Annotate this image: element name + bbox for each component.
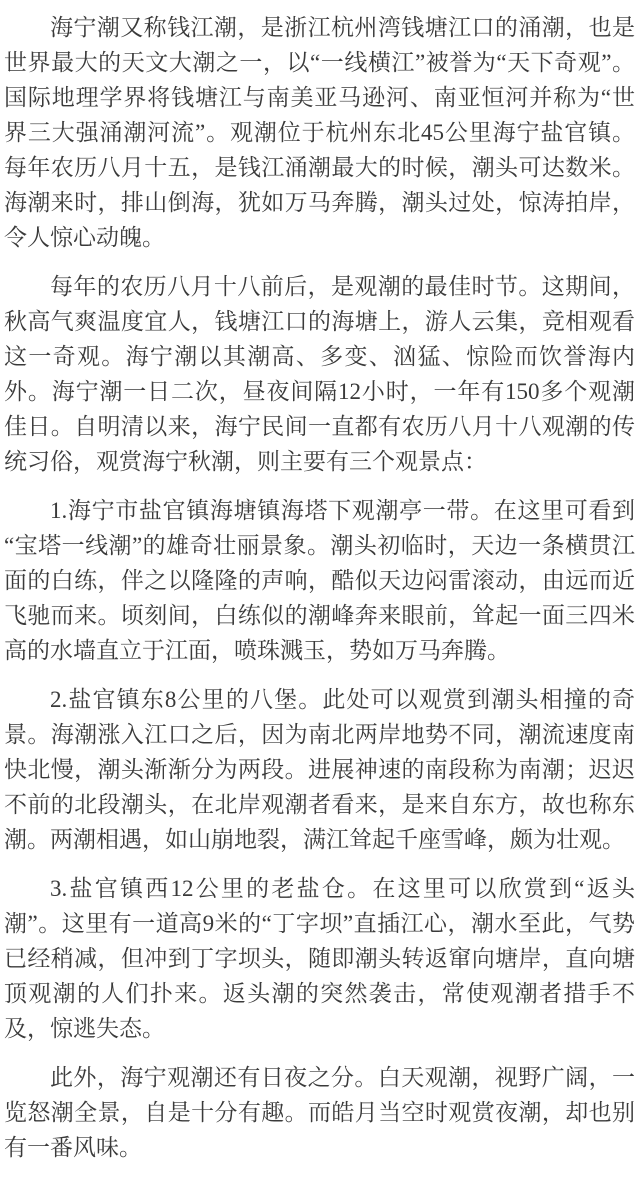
paragraph-viewpoint-3: 3.盐官镇西12公里的老盐仓。在这里可以欣赏到“返头潮”。这里有一道高9米的“丁…: [4, 871, 635, 1046]
document-page: 海宁潮又称钱江潮，是浙江杭州湾钱塘江口的涌潮，也是世界最大的天文大潮之一，以“一…: [0, 0, 640, 1193]
paragraph-day-night: 此外，海宁观潮还有日夜之分。白天观潮，视野广阔，一览怒潮全景，自是十分有趣。而皓…: [4, 1060, 635, 1165]
paragraph-intro: 海宁潮又称钱江潮，是浙江杭州湾钱塘江口的涌潮，也是世界最大的天文大潮之一，以“一…: [4, 10, 635, 255]
paragraph-best-time: 每年的农历八月十八前后，是观潮的最佳时节。这期间，秋高气爽温度宜人，钱塘江口的海…: [4, 269, 635, 479]
paragraph-viewpoint-2: 2.盐官镇东8公里的八堡。此处可以观赏到潮头相撞的奇景。海潮涨入江口之后，因为南…: [4, 682, 635, 857]
paragraph-viewpoint-1: 1.海宁市盐官镇海塘镇海塔下观潮亭一带。在这里可看到“宝塔一线潮”的雄奇壮丽景象…: [4, 493, 635, 668]
